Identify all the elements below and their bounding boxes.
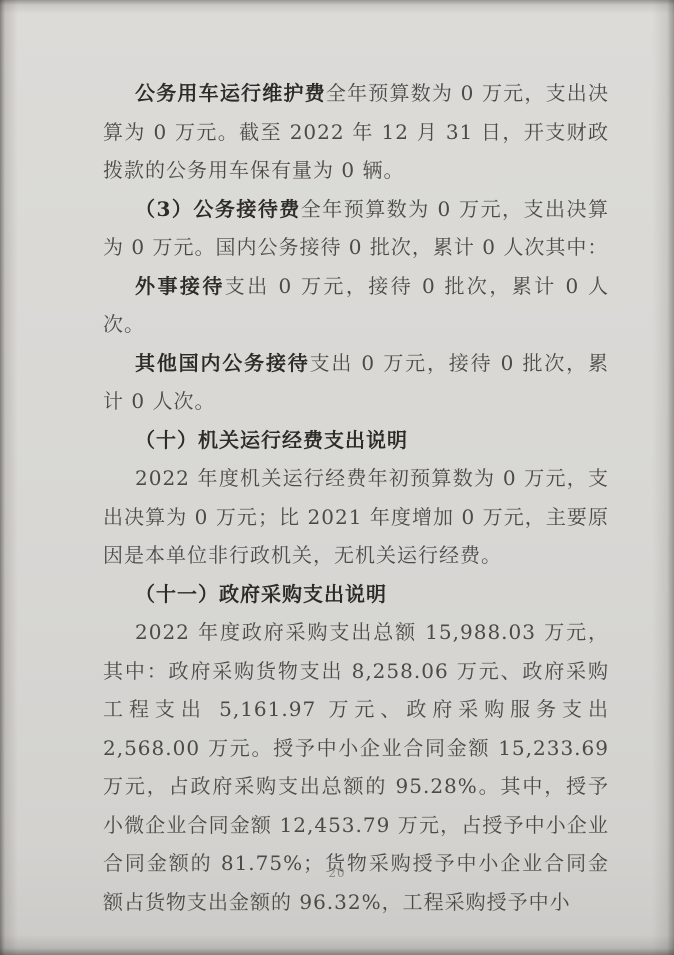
paragraph-official-reception: （3）公务接待费全年预算数为 0 万元，支出决算为 0 万元。国内公务接待 0 …: [103, 190, 609, 267]
paragraph-other-domestic-reception: 其他国内公务接待支出 0 万元，接待 0 批次，累计 0 人次。: [103, 344, 609, 421]
section-heading-government-procurement: （十一）政府采购支出说明: [103, 575, 609, 614]
paragraph-lead-foreign-reception: 外事接待: [135, 274, 225, 298]
paragraph-lead-vehicle-maintenance: 公务用车运行维护费: [135, 81, 326, 105]
page-content: 公务用车运行维护费全年预算数为 0 万元，支出决算为 0 万元。截至 2022 …: [103, 74, 609, 921]
section-heading-operating-expenses: （十）机关运行经费支出说明: [103, 421, 609, 460]
paragraph-lead-official-reception: （3）公务接待费: [135, 197, 301, 221]
page-number: 20: [0, 866, 674, 880]
paragraph-operating-expenses: 2022 年度机关运行经费年初预算数为 0 万元，支出决算为 0 万元；比 20…: [103, 459, 609, 575]
document-page: 公务用车运行维护费全年预算数为 0 万元，支出决算为 0 万元。截至 2022 …: [0, 0, 674, 955]
paragraph-vehicle-maintenance: 公务用车运行维护费全年预算数为 0 万元，支出决算为 0 万元。截至 2022 …: [103, 74, 609, 190]
paragraph-lead-other-domestic-reception: 其他国内公务接待: [135, 351, 310, 375]
paragraph-foreign-reception: 外事接待支出 0 万元，接待 0 批次，累计 0 人次。: [103, 267, 609, 344]
